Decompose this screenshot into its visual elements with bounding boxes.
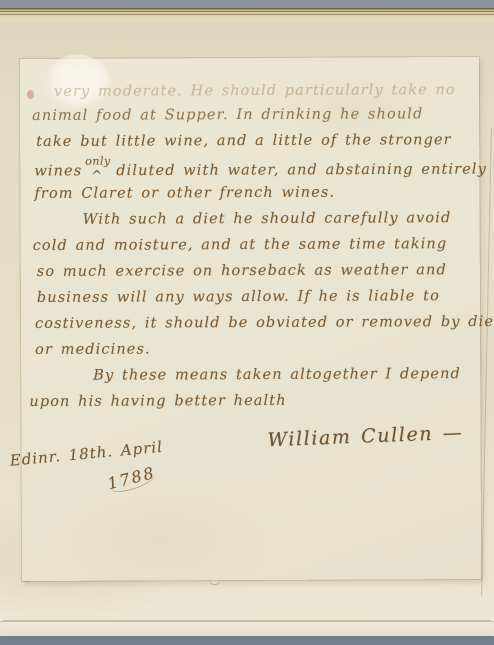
letter-line: By these means taken altogether I depend <box>93 367 461 383</box>
letter-line-post: diluted with water, and abstaining entir… <box>116 161 487 179</box>
letter-line: With such a diet he should carefully avo… <box>83 211 452 227</box>
letter-line: from Claret or other french wines. <box>34 186 335 202</box>
dateline: Edinr. 18th. April <box>9 440 163 469</box>
letter-line-with-insertion: winesonly^diluted with water, and abstai… <box>34 159 487 179</box>
letter-line: take but little wine, and a little of th… <box>36 133 452 149</box>
album-page: very moderate. He should particularly ta… <box>0 8 494 636</box>
letter-line: very moderate. He should particularly ta… <box>54 83 456 99</box>
insertion-caret: ^ <box>91 169 103 182</box>
page-bottom-edge <box>0 621 494 636</box>
letter-line: business will any ways allow. If he is l… <box>37 289 440 305</box>
pink-seal-mark <box>27 90 34 99</box>
letter-line: or medicines. <box>35 342 151 357</box>
page-block-top-edges <box>0 8 494 21</box>
insertion: only^ <box>82 161 116 176</box>
letter-line: so much exercise on horseback as weather… <box>37 263 447 279</box>
inserted-word: only <box>85 155 111 166</box>
dateline-year: 1788 <box>106 465 158 495</box>
manuscript-scan: { "page": { "background_color": "#8b93a1… <box>0 0 494 645</box>
signature: William Cullen — <box>267 424 464 451</box>
letter-line: costiveness, it should be obviated or re… <box>35 315 494 332</box>
letter-line: cold and moisture, and at the same time … <box>33 237 448 253</box>
letter-line: animal food at Supper. In drinking he sh… <box>32 107 423 123</box>
letter-sheet: very moderate. He should particularly ta… <box>20 57 481 581</box>
letter-line: upon his having better health <box>29 394 286 410</box>
letter-line-pre: wines <box>34 163 82 179</box>
